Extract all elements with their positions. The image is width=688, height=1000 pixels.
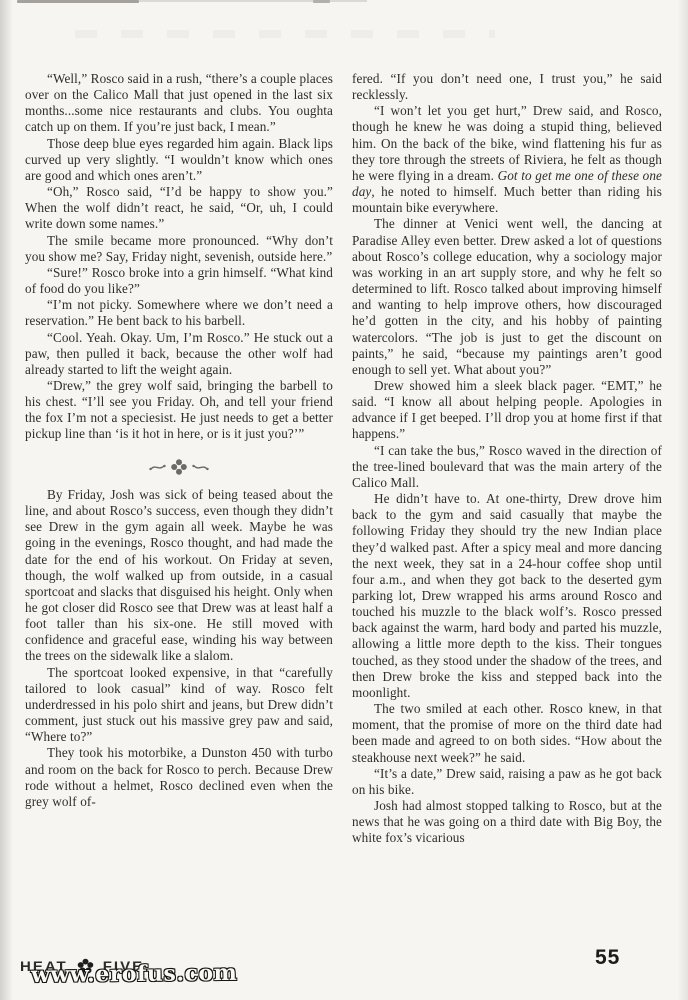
text-run: They took his motorbike, a Dunston 450 w… xyxy=(25,745,333,808)
paragraph: fered. “If you don’t need one, I trust y… xyxy=(352,71,662,103)
text-run: Those deep blue eyes regarded him again.… xyxy=(25,136,333,183)
text-run: The smile became more pronounced. “Why d… xyxy=(25,233,333,264)
paragraph: The dinner at Venici went well, the danc… xyxy=(352,216,662,378)
paragraph: “It’s a date,” Drew said, raising a paw … xyxy=(352,766,662,798)
paragraph: Josh had almost stopped talking to Rosco… xyxy=(352,798,662,846)
text-run: The dinner at Venici went well, the danc… xyxy=(352,216,662,376)
text-run: “Cool. Yeah. Okay. Um, I’m Rosco.” He st… xyxy=(25,330,333,377)
paragraph: By Friday, Josh was sick of being teased… xyxy=(25,487,333,665)
text-run: Drew showed him a sleek black pager. “EM… xyxy=(352,378,662,441)
scan-edge-shadow-left xyxy=(0,0,13,1000)
scan-artifact-top-mark xyxy=(313,0,330,3)
paragraph: He didn’t have to. At one-thirty, Drew d… xyxy=(352,491,662,701)
paragraph: They took his motorbike, a Dunston 450 w… xyxy=(25,745,333,810)
paragraph: “I’m not picky. Somewhere where we don’t… xyxy=(25,297,333,329)
paragraph: Those deep blue eyes regarded him again.… xyxy=(25,136,333,184)
floral-divider-icon xyxy=(146,458,212,476)
text-run: “Well,” Rosco said in a rush, “there’s a… xyxy=(25,71,333,134)
paragraph: “Oh,” Rosco said, “I’d be happy to show … xyxy=(25,184,333,232)
paragraph: “Well,” Rosco said in a rush, “there’s a… xyxy=(25,71,333,136)
section-break xyxy=(25,458,333,476)
paragraph: The smile became more pronounced. “Why d… xyxy=(25,233,333,265)
text-run: , he noted to himself. Much better than … xyxy=(352,184,662,215)
paragraph: “I won’t let you get hurt,” Drew said, a… xyxy=(352,103,662,216)
text-run: The two smiled at each other. Rosco knew… xyxy=(352,701,662,764)
text-run: “I can take the bus,” Rosco waved in the… xyxy=(352,443,662,490)
scan-edge-shadow-right xyxy=(678,0,688,1000)
text-run: “Oh,” Rosco said, “I’d be happy to show … xyxy=(25,184,333,231)
text-run: “Sure!” Rosco broke into a grin himself.… xyxy=(25,265,333,296)
text-run: Josh had almost stopped talking to Rosco… xyxy=(352,798,662,845)
scan-bleedthrough-smudges xyxy=(75,30,495,38)
page-number: 55 xyxy=(595,946,620,970)
column-left: “Well,” Rosco said in a rush, “there’s a… xyxy=(25,71,333,959)
paragraph: The two smiled at each other. Rosco knew… xyxy=(352,701,662,766)
watermark: www.erofus.com xyxy=(31,960,238,988)
paragraph: The sportcoat looked expensive, in that … xyxy=(25,665,333,746)
paragraph: “Drew,” the grey wolf said, bringing the… xyxy=(25,378,333,443)
text-run: “It’s a date,” Drew said, raising a paw … xyxy=(352,766,662,797)
text-run: He didn’t have to. At one-thirty, Drew d… xyxy=(352,491,662,700)
text-run: “Drew,” the grey wolf said, bringing the… xyxy=(25,378,333,441)
text-run: fered. “If you don’t need one, I trust y… xyxy=(352,71,662,102)
scan-artifact-top-bar xyxy=(17,0,139,3)
paragraph: “I can take the bus,” Rosco waved in the… xyxy=(352,443,662,491)
column-right: fered. “If you don’t need one, I trust y… xyxy=(352,71,662,959)
text-run: By Friday, Josh was sick of being teased… xyxy=(25,487,333,664)
paragraph: “Sure!” Rosco broke into a grin himself.… xyxy=(25,265,333,297)
scan-artifact-top-line xyxy=(139,0,367,2)
text-run: The sportcoat looked expensive, in that … xyxy=(25,665,333,745)
magazine-page: “Well,” Rosco said in a rush, “there’s a… xyxy=(0,0,688,1000)
paragraph: Drew showed him a sleek black pager. “EM… xyxy=(352,378,662,443)
paragraph: “Cool. Yeah. Okay. Um, I’m Rosco.” He st… xyxy=(25,330,333,378)
text-run: “I’m not picky. Somewhere where we don’t… xyxy=(25,297,333,328)
